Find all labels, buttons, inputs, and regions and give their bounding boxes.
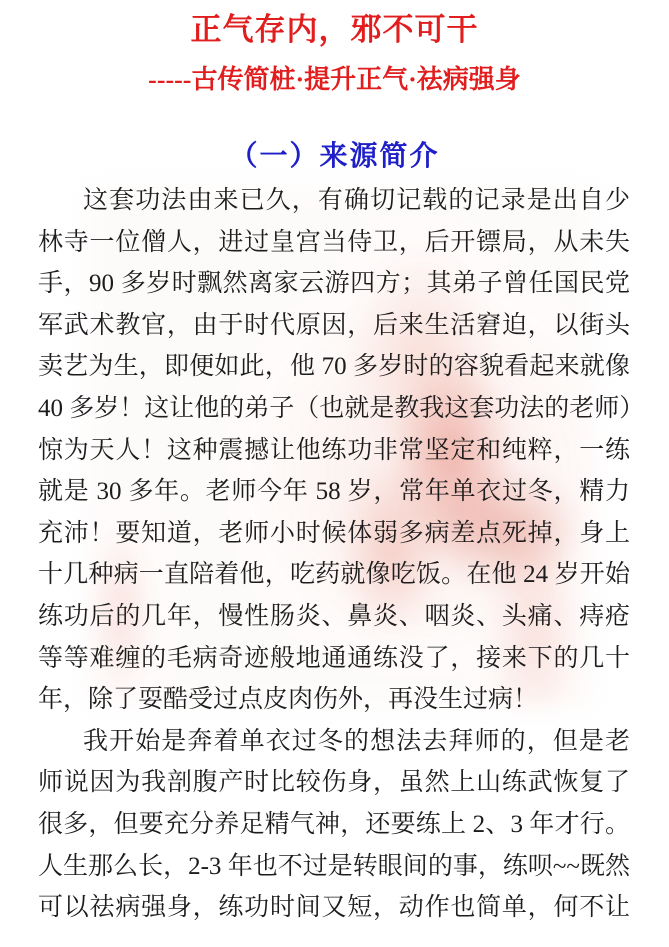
text-line: 我开始是奔着单衣过冬的想法去拜师的，但是老 — [38, 721, 630, 763]
text-line: 可以祛病强身，练功时间又短，动作也简单，何不让 — [38, 887, 630, 929]
text-line: 很多，但要充分养足精气神，还要练上 2、3 年才行。 — [38, 804, 630, 846]
document-page: 正气存内，邪不可干 -----古传简桩·提升正气·祛病强身 （一）来源简介 这套… — [0, 0, 669, 947]
text-line: 就是 30 多年。老师今年 58 岁，常年单衣过冬，精力 — [38, 471, 630, 513]
doc-subtitle: -----古传简桩·提升正气·祛病强身 — [0, 50, 669, 97]
text-line: 手，90 多岁时飘然离家云游四方；其弟子曾任国民党 — [38, 263, 630, 305]
paragraph: 这套功法由来已久，有确切记载的记录是出自少林寺一位僧人，进过皇宫当侍卫，后开镖局… — [38, 180, 630, 721]
text-line: 练功后的几年，慢性肠炎、鼻炎、咽炎、头痛、痔疮 — [38, 596, 630, 638]
text-line: 十几种病一直陪着他，吃药就像吃饭。在他 24 岁开始 — [38, 554, 630, 596]
text-line: 充沛！要知道，老师小时候体弱多病差点死掉，身上 — [38, 513, 630, 555]
document-body: 这套功法由来已久，有确切记载的记录是出自少林寺一位僧人，进过皇宫当侍卫，后开镖局… — [38, 180, 630, 929]
doc-title: 正气存内，邪不可干 — [0, 0, 669, 50]
section-heading: （一）来源简介 — [0, 97, 669, 175]
text-line: 40 多岁！这让他的弟子（也就是教我这套功法的老师） — [38, 388, 630, 430]
text-line: 这套功法由来已久，有确切记载的记录是出自少 — [38, 180, 630, 222]
text-line: 卖艺为生，即便如此，他 70 多岁时的容貌看起来就像 — [38, 346, 630, 388]
text-line: 人生那么长，2-3 年也不过是转眼间的事，练呗~~既然 — [38, 846, 630, 888]
text-line: 军武术教官，由于时代原因，后来生活窘迫，以街头 — [38, 305, 630, 347]
text-line: 惊为天人！这种震撼让他练功非常坚定和纯粹，一练 — [38, 430, 630, 472]
paragraph: 我开始是奔着单衣过冬的想法去拜师的，但是老师说因为我剖腹产时比较伤身，虽然上山练… — [38, 721, 630, 929]
text-line: 师说因为我剖腹产时比较伤身，虽然上山练武恢复了 — [38, 762, 630, 804]
text-line: 等等难缠的毛病奇迹般地通通练没了，接来下的几十 — [38, 638, 630, 680]
text-line: 林寺一位僧人，进过皇宫当侍卫，后开镖局，从未失 — [38, 222, 630, 264]
text-line: 年，除了耍酷受过点皮肉伤外，再没生过病！ — [38, 679, 630, 721]
